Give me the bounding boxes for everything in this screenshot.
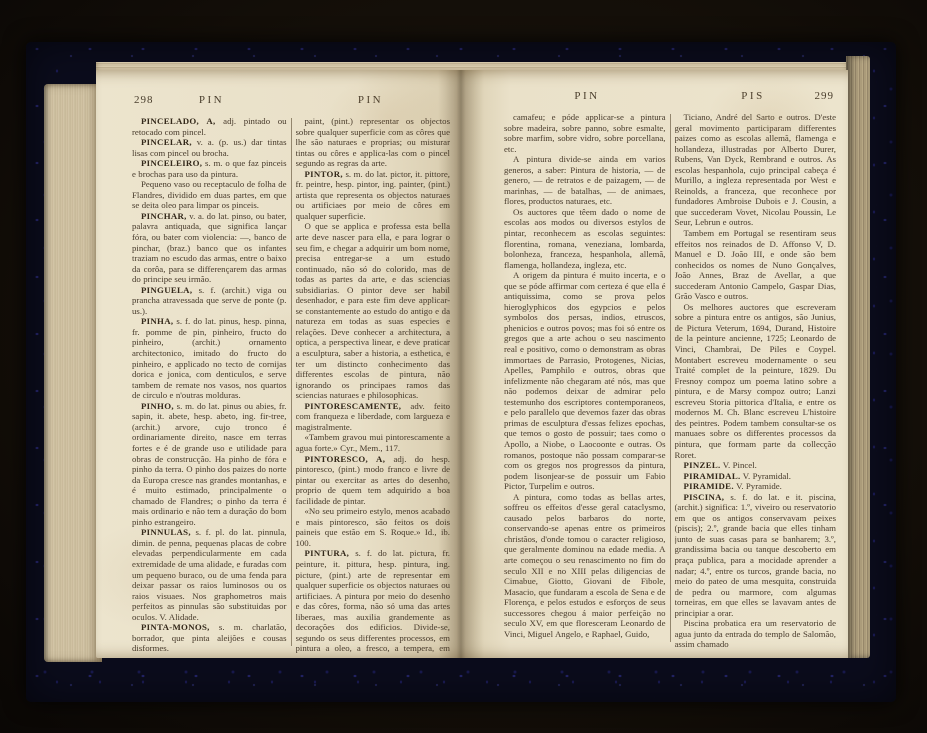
page-left: 298 PIN PIN PINCELADO, A, adj. pintado o… bbox=[96, 70, 460, 658]
entry-headword: PINCELADO, A, bbox=[141, 116, 216, 126]
dictionary-entry: PINZEL. V. Pincel. bbox=[675, 460, 837, 471]
entry-headword: PINTOR, bbox=[305, 169, 343, 179]
entry-headword: PISCINA, bbox=[684, 492, 725, 502]
dictionary-entry: PINCELADO, A, adj. pintado ou retocado c… bbox=[132, 116, 287, 137]
entry-text: s. m. do lat. pinus ou abies, fr. sapin,… bbox=[132, 401, 287, 527]
dictionary-entry: PINTOR, s. m. do lat. pictor, it. pittor… bbox=[296, 169, 451, 222]
entry-headword: PINTORESCO, A, bbox=[305, 454, 386, 464]
dictionary-entry: PISCINA, s. f. do lat. e it. piscina, (a… bbox=[675, 492, 837, 619]
entry-text: V. Pincel. bbox=[721, 460, 757, 470]
dictionary-entry: PINHO, s. m. do lat. pinus ou abies, fr.… bbox=[132, 401, 287, 528]
entry-text: Tambem em Portugal se resentiram seus ef… bbox=[675, 228, 837, 301]
running-head: PIN bbox=[291, 94, 450, 116]
entry-headword: PINHA, bbox=[141, 316, 173, 326]
entry-text: s. f. do lat. pinus, hesp. pinna, fr. po… bbox=[132, 316, 287, 400]
running-head: PIS bbox=[670, 90, 836, 112]
text-column-2: paint, (pint.) representar os objectos s… bbox=[296, 116, 451, 654]
entry-headword: PINTORESCAMENTE, bbox=[305, 401, 402, 411]
page-right-content: PIN PIS 299 camafeu; e póde applicar-se … bbox=[460, 70, 848, 658]
entry-headword: PIRAMIDAL. bbox=[684, 471, 741, 481]
dictionary-entry: Pequeno vaso ou receptaculo de folha de … bbox=[132, 179, 287, 211]
dictionary-entry: PINTA-MONOS, s. m. charlatão, borrador, … bbox=[132, 622, 287, 654]
entry-headword: PIRAMIDE. bbox=[684, 481, 734, 491]
dictionary-entry: PINTURA, s. f. do lat. pictura, fr. pein… bbox=[296, 548, 451, 654]
dictionary-entry: PINHA, s. f. do lat. pinus, hesp. pinna,… bbox=[132, 316, 287, 400]
dictionary-entry: PINCHAR, v. a. do lat. pinso, ou bater, … bbox=[132, 211, 287, 285]
entry-text: s. f. pl. do lat. pinnula, dimin. de pen… bbox=[132, 527, 287, 621]
text-column-1: camafeu; e póde applicar-se a pintura so… bbox=[504, 112, 666, 650]
dictionary-entry: PINNULAS, s. f. pl. do lat. pinnula, dim… bbox=[132, 527, 287, 622]
dictionary-entry: Os auctores que têem dado o nome de esco… bbox=[504, 207, 666, 270]
entry-headword: PINCELEIRO, bbox=[141, 158, 202, 168]
entry-headword: PINHO, bbox=[141, 401, 174, 411]
entry-text: s. f. do lat. e it. piscina, (archit.) s… bbox=[675, 492, 837, 618]
dictionary-entry: O que se applica e professa esta bella a… bbox=[296, 221, 451, 400]
dictionary-entry: PINGUELA, s. f. (archit.) viga ou pranch… bbox=[132, 285, 287, 317]
entry-text: camafeu; e póde applicar-se a pintura so… bbox=[504, 112, 666, 154]
text-columns: PINCELADO, A, adj. pintado ou retocado c… bbox=[132, 116, 450, 654]
running-head: PIN bbox=[504, 90, 670, 112]
dictionary-entry: PINTORESCAMENTE, adv. feito com franquez… bbox=[296, 401, 451, 433]
entry-text: V. Pyramidal. bbox=[741, 471, 791, 481]
dictionary-entry: PINTORESCO, A, adj. do hesp. pintoresco,… bbox=[296, 454, 451, 507]
dictionary-entry: Ticiano, André del Sarto e outros. D'est… bbox=[675, 112, 837, 228]
text-column-1: PINCELADO, A, adj. pintado ou retocado c… bbox=[132, 116, 287, 654]
entry-text: A origem da pintura é muito incerta, e o… bbox=[504, 270, 666, 491]
text-column-2: Ticiano, André del Sarto e outros. D'est… bbox=[675, 112, 837, 650]
dictionary-entry: Tambem em Portugal se resentiram seus ef… bbox=[675, 228, 837, 302]
dictionary-entry: PINCELEIRO, s. m. o que faz pinceis e br… bbox=[132, 158, 287, 179]
entry-headword: PINZEL. bbox=[684, 460, 721, 470]
dictionary-entry: «No seu primeiro estylo, menos acabado e… bbox=[296, 506, 451, 548]
dictionary-entry: PIRAMIDAL. V. Pyramidal. bbox=[675, 471, 837, 482]
page-right: PIN PIS 299 camafeu; e póde applicar-se … bbox=[460, 70, 848, 658]
page-edges-right bbox=[846, 56, 870, 658]
entry-text: Piscina probatica era um reservatorio de… bbox=[675, 618, 837, 649]
entry-headword: PINCHAR, bbox=[141, 211, 187, 221]
entry-text: Os melhores auctores que escreveram sobr… bbox=[675, 302, 837, 460]
entry-text: Os auctores que têem dado o nome de esco… bbox=[504, 207, 666, 270]
dictionary-entry: Os melhores auctores que escreveram sobr… bbox=[675, 302, 837, 460]
page-right-header: PIN PIS 299 bbox=[504, 90, 836, 112]
entry-headword: PINTA-MONOS, bbox=[141, 622, 210, 632]
page-number: 298 bbox=[134, 94, 154, 106]
column-divider bbox=[291, 118, 292, 646]
dictionary-entry: PINCELAR, v. a. (p. us.) dar tintas lisa… bbox=[132, 137, 287, 158]
entry-headword: PINNULAS, bbox=[141, 527, 191, 537]
entry-headword: PINCELAR, bbox=[141, 137, 192, 147]
dictionary-entry: A pintura, como todas as bellas artes, s… bbox=[504, 492, 666, 640]
entry-text: Pequeno vaso ou receptaculo de folha de … bbox=[132, 179, 287, 210]
page-number: 299 bbox=[815, 90, 835, 102]
entry-headword: PINTURA, bbox=[305, 548, 350, 558]
entry-text: V. Pyramide. bbox=[734, 481, 782, 491]
entry-text: A pintura, como todas as bellas artes, s… bbox=[504, 492, 666, 639]
entry-text: paint, (pint.) representar os objectos s… bbox=[296, 116, 451, 168]
dictionary-entry: PIRAMIDE. V. Pyramide. bbox=[675, 481, 837, 492]
running-head: PIN bbox=[132, 94, 291, 116]
page-edges-left bbox=[44, 84, 102, 662]
column-divider bbox=[670, 114, 671, 642]
entry-text: A pintura divide-se ainda em varios gene… bbox=[504, 154, 666, 206]
dictionary-entry: Piscina probatica era um reservatorio de… bbox=[675, 618, 837, 650]
open-book-spread: 298 PIN PIN PINCELADO, A, adj. pintado o… bbox=[96, 70, 848, 658]
dictionary-entry: camafeu; e póde applicar-se a pintura so… bbox=[504, 112, 666, 154]
entry-text: s. f. do lat. pictura, fr. peinture, it.… bbox=[296, 548, 451, 654]
dictionary-entry: «Tambem gravou mui pintorescamente a agu… bbox=[296, 432, 451, 453]
entry-text: O que se applica e professa esta bella a… bbox=[296, 221, 451, 400]
dictionary-entry: paint, (pint.) representar os objectos s… bbox=[296, 116, 451, 169]
entry-headword: PINGUELA, bbox=[141, 285, 192, 295]
entry-text: «No seu primeiro estylo, menos acabado e… bbox=[296, 506, 451, 548]
page-left-content: 298 PIN PIN PINCELADO, A, adj. pintado o… bbox=[96, 70, 460, 658]
text-columns: camafeu; e póde applicar-se a pintura so… bbox=[504, 112, 836, 650]
dictionary-entry: A pintura divide-se ainda em varios gene… bbox=[504, 154, 666, 207]
photo-background: 298 PIN PIN PINCELADO, A, adj. pintado o… bbox=[0, 0, 927, 733]
dictionary-entry: A origem da pintura é muito incerta, e o… bbox=[504, 270, 666, 491]
entry-text: v. a. do lat. pinso, ou bater, palavra a… bbox=[132, 211, 287, 284]
page-left-header: 298 PIN PIN bbox=[132, 94, 450, 116]
entry-text: Ticiano, André del Sarto e outros. D'est… bbox=[675, 112, 837, 227]
entry-text: «Tambem gravou mui pintorescamente a agu… bbox=[296, 432, 451, 453]
